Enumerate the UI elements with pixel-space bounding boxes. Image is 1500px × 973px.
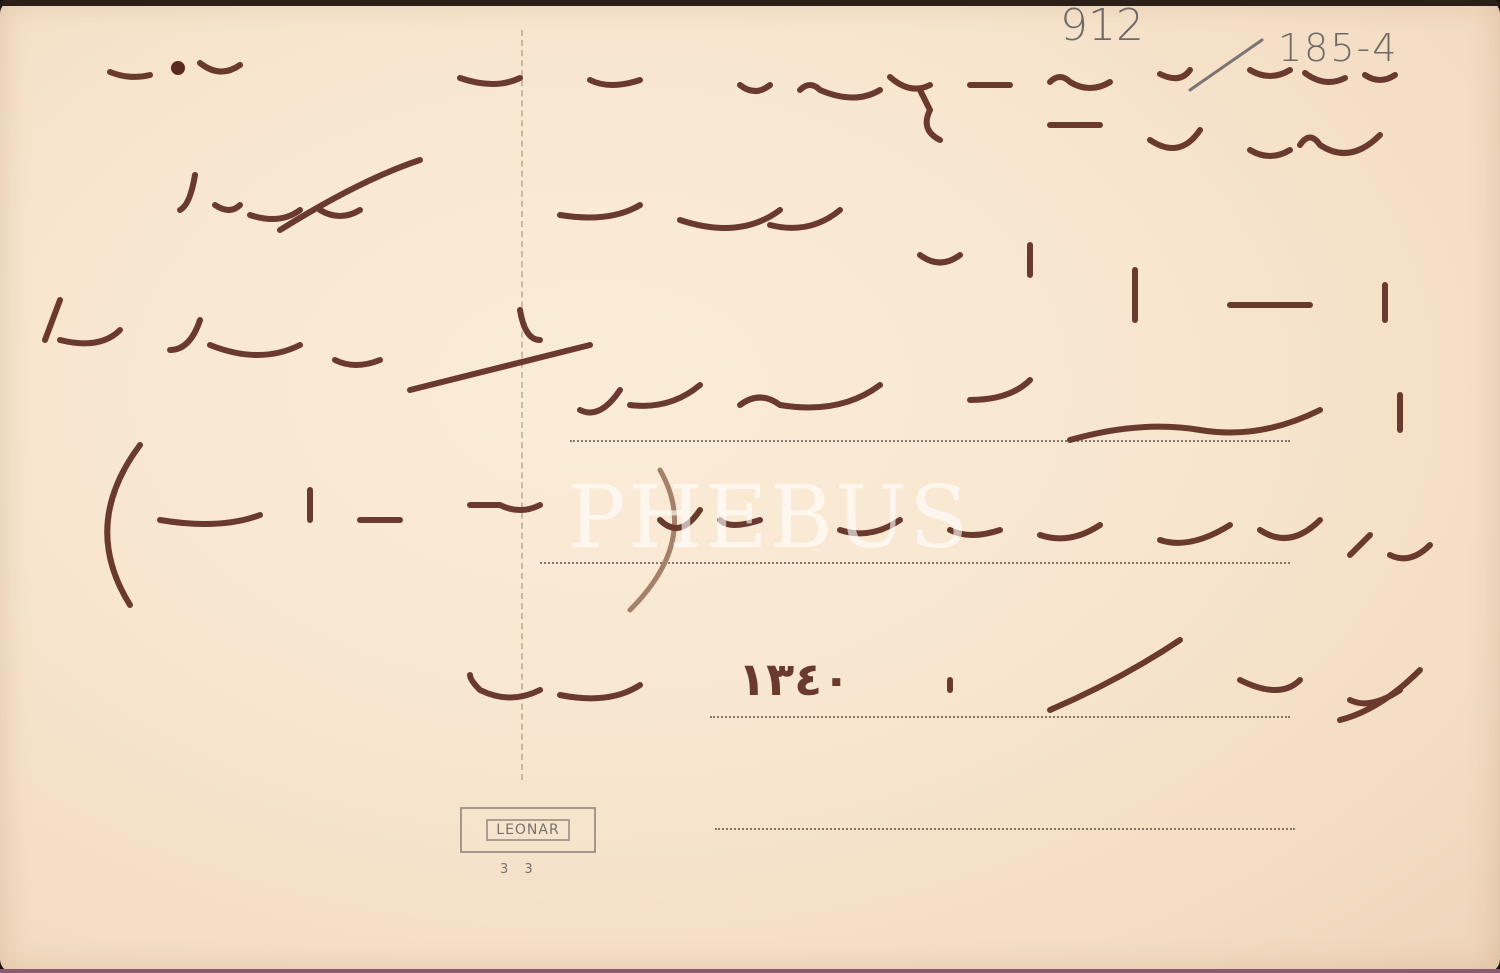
printer-stamp: LEONAR xyxy=(460,807,596,853)
printer-stamp-number: 3 3 xyxy=(500,862,539,877)
printer-stamp-label: LEONAR xyxy=(486,819,569,841)
date-numeral: ١٣٤٠ xyxy=(738,652,850,706)
postcard-back: 912 185-4 xyxy=(0,0,1500,973)
watermark: PHEBUS xyxy=(568,468,970,568)
